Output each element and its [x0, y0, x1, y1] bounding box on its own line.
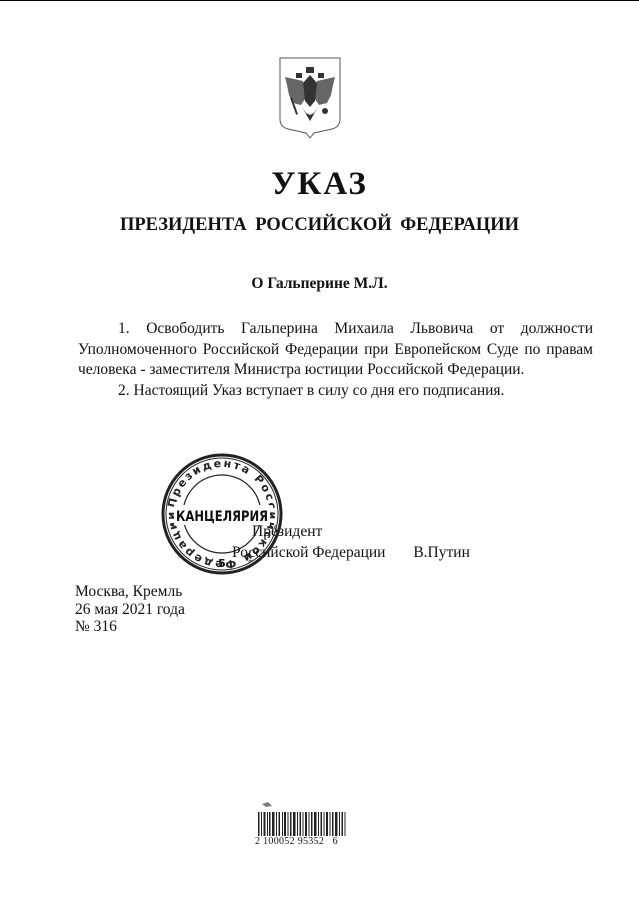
stamp-number: 5 — [218, 557, 226, 570]
decree-heading: О Гальперине М.Л. — [0, 275, 639, 293]
page-top-border — [0, 0, 639, 1]
decree-paragraph-2: 2. Настоящий Указ вступает в силу со дня… — [78, 381, 593, 402]
document-title: УКАЗ — [0, 166, 639, 203]
document-subtitle: ПРЕЗИДЕНТА РОССИЙСКОЙ ФЕДЕРАЦИИ — [0, 215, 639, 236]
signing-details: Москва, Кремль 26 мая 2021 года № 316 — [75, 583, 185, 636]
barcode-number: 2 100052 95352 6 — [255, 836, 338, 847]
decree-paragraph-1: 1. Освободить Гальперина Михаила Львович… — [78, 319, 593, 381]
official-stamp-icon: Президента Российской Федерации КАНЦЕЛЯР… — [160, 452, 284, 576]
signatory-name: В.Путин — [413, 543, 470, 564]
signing-place: Москва, Кремль — [75, 583, 185, 601]
signing-date: 26 мая 2021 года — [75, 601, 185, 619]
stamp-center-text: КАНЦЕЛЯРИЯ — [176, 509, 268, 525]
decree-body: 1. Освободить Гальперина Михаила Львович… — [78, 319, 593, 401]
decree-number: № 316 — [75, 618, 185, 636]
coat-of-arms-icon — [277, 55, 343, 139]
